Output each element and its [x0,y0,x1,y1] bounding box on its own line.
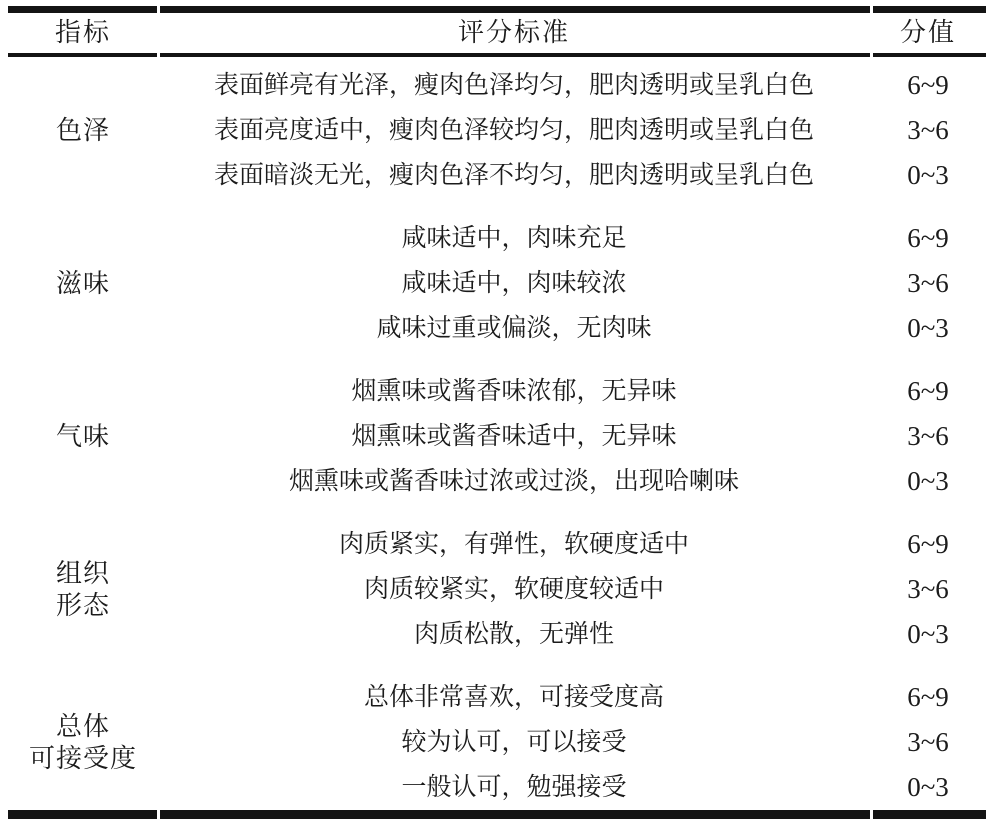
score-cell: 0~3 [870,765,986,810]
criteria-cell: 较为认可，可以接受 [158,720,870,765]
rule-segment [873,810,986,819]
rule-segment [873,6,986,13]
criteria-cell: 表面暗淡无光，瘦肉色泽不均匀，肥肉透明或呈乳白色 [158,153,870,198]
table-row: 表面鲜亮有光泽，瘦肉色泽均匀，肥肉透明或呈乳白色 6~9 [158,63,986,108]
criteria-cell: 咸味过重或偏淡，无肉味 [158,306,870,351]
row-group-odor: 气味 烟熏味或酱香味浓郁，无异味 6~9 烟熏味或酱香味适中，无异味 3~6 烟… [8,351,986,504]
group-rows: 总体非常喜欢，可接受度高 6~9 较为认可，可以接受 3~6 一般认可，勉强接受… [158,675,986,810]
row-group-overall-acceptability: 总体 可接受度 总体非常喜欢，可接受度高 6~9 较为认可，可以接受 3~6 一… [8,657,986,810]
table-row: 总体非常喜欢，可接受度高 6~9 [158,675,986,720]
criteria-cell: 烟熏味或酱香味适中，无异味 [158,414,870,459]
table-row: 表面亮度适中，瘦肉色泽较均匀，肥肉透明或呈乳白色 3~6 [158,108,986,153]
rule-segment [160,810,870,819]
score-cell: 3~6 [870,567,986,612]
score-cell: 6~9 [870,216,986,261]
group-rows: 表面鲜亮有光泽，瘦肉色泽均匀，肥肉透明或呈乳白色 6~9 表面亮度适中，瘦肉色泽… [158,63,986,198]
criteria-cell: 烟熏味或酱香味过浓或过淡，出现哈喇味 [158,459,870,504]
group-rows: 肉质紧实，有弹性，软硬度适中 6~9 肉质较紧实，软硬度较适中 3~6 肉质松散… [158,522,986,657]
table-row: 烟熏味或酱香味适中，无异味 3~6 [158,414,986,459]
table-bottom-rule [8,810,986,819]
table-body: 色泽 表面鲜亮有光泽，瘦肉色泽均匀，肥肉透明或呈乳白色 6~9 表面亮度适中，瘦… [8,57,986,810]
group-rows: 烟熏味或酱香味浓郁，无异味 6~9 烟熏味或酱香味适中，无异味 3~6 烟熏味或… [158,369,986,504]
row-group-taste: 滋味 咸味适中，肉味充足 6~9 咸味适中，肉味较浓 3~6 咸味过重或偏淡，无… [8,198,986,351]
table-row: 肉质紧实，有弹性，软硬度适中 6~9 [158,522,986,567]
indicator-cell: 气味 [8,369,158,504]
indicator-cell: 色泽 [8,63,158,198]
score-cell: 3~6 [870,720,986,765]
column-header-criteria: 评分标准 [158,13,870,53]
rule-segment [8,53,157,57]
scoring-table: 指标 评分标准 分值 色泽 表面鲜亮有光泽，瘦肉色泽均匀，肥肉透明或呈乳白色 6… [8,6,986,819]
score-cell: 6~9 [870,63,986,108]
table-row: 较为认可，可以接受 3~6 [158,720,986,765]
header-separator-rule [8,53,986,57]
score-cell: 0~3 [870,612,986,657]
column-header-score: 分值 [870,13,986,53]
indicator-cell: 组织 形态 [8,522,158,657]
table-row: 烟熏味或酱香味浓郁，无异味 6~9 [158,369,986,414]
group-rows: 咸味适中，肉味充足 6~9 咸味适中，肉味较浓 3~6 咸味过重或偏淡，无肉味 … [158,216,986,351]
criteria-cell: 总体非常喜欢，可接受度高 [158,675,870,720]
indicator-cell: 总体 可接受度 [8,675,158,810]
score-cell: 6~9 [870,675,986,720]
criteria-cell: 表面亮度适中，瘦肉色泽较均匀，肥肉透明或呈乳白色 [158,108,870,153]
table-top-rule [8,6,986,13]
criteria-cell: 肉质较紧实，软硬度较适中 [158,567,870,612]
row-group-color: 色泽 表面鲜亮有光泽，瘦肉色泽均匀，肥肉透明或呈乳白色 6~9 表面亮度适中，瘦… [8,57,986,198]
indicator-cell: 滋味 [8,216,158,351]
table-row: 咸味适中，肉味较浓 3~6 [158,261,986,306]
column-header-indicator: 指标 [8,13,158,53]
criteria-cell: 咸味适中，肉味充足 [158,216,870,261]
score-cell: 3~6 [870,414,986,459]
rule-segment [8,6,157,13]
table-row: 肉质较紧实，软硬度较适中 3~6 [158,567,986,612]
criteria-cell: 肉质紧实，有弹性，软硬度适中 [158,522,870,567]
score-cell: 0~3 [870,306,986,351]
score-cell: 6~9 [870,369,986,414]
table-row: 烟熏味或酱香味过浓或过淡，出现哈喇味 0~3 [158,459,986,504]
rule-segment [160,6,870,13]
score-cell: 6~9 [870,522,986,567]
score-cell: 0~3 [870,153,986,198]
score-cell: 0~3 [870,459,986,504]
table-row: 咸味过重或偏淡，无肉味 0~3 [158,306,986,351]
table-header-row: 指标 评分标准 分值 [8,13,986,53]
table-row: 一般认可，勉强接受 0~3 [158,765,986,810]
score-cell: 3~6 [870,108,986,153]
rule-segment [160,53,870,57]
table-row: 肉质松散，无弹性 0~3 [158,612,986,657]
table-row: 咸味适中，肉味充足 6~9 [158,216,986,261]
criteria-cell: 咸味适中，肉味较浓 [158,261,870,306]
table-row: 表面暗淡无光，瘦肉色泽不均匀，肥肉透明或呈乳白色 0~3 [158,153,986,198]
criteria-cell: 烟熏味或酱香味浓郁，无异味 [158,369,870,414]
criteria-cell: 肉质松散，无弹性 [158,612,870,657]
score-cell: 3~6 [870,261,986,306]
rule-segment [873,53,986,57]
row-group-texture: 组织 形态 肉质紧实，有弹性，软硬度适中 6~9 肉质较紧实，软硬度较适中 3~… [8,504,986,657]
criteria-cell: 表面鲜亮有光泽，瘦肉色泽均匀，肥肉透明或呈乳白色 [158,63,870,108]
rule-segment [8,810,157,819]
criteria-cell: 一般认可，勉强接受 [158,765,870,810]
